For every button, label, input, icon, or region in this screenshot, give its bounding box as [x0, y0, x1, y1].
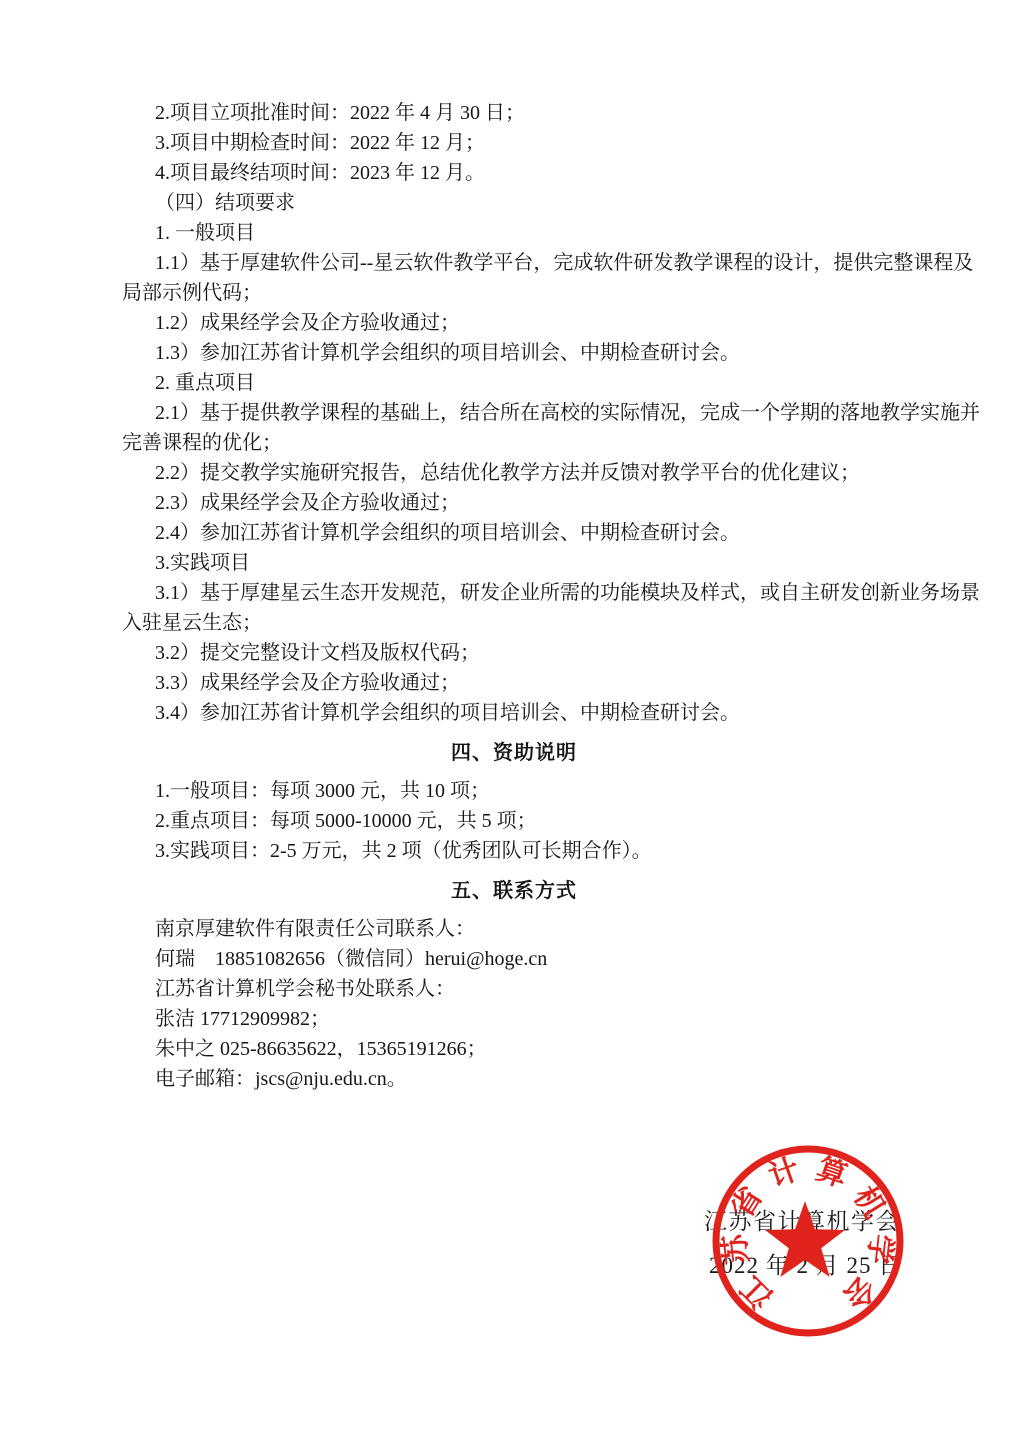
doc-line-list-title: 1. 一般项目 [122, 218, 906, 248]
section-heading-funding: 四、资助说明 [122, 738, 906, 768]
doc-line: 2.3）成果经学会及企方验收通过； [122, 488, 906, 518]
seal-ring [716, 1149, 900, 1333]
document-page: 2.项目立项批准时间：2022 年 4 月 30 日； 3.项目中期检查时间：2… [0, 0, 1024, 1447]
seal-arc-char: 算 [812, 1153, 851, 1194]
doc-line: 2.2）提交教学实施研究报告，总结优化教学方法并反馈对教学平台的优化建议； [122, 458, 906, 488]
section-heading-contact: 五、联系方式 [122, 876, 906, 906]
doc-line: 1.1）基于厚建软件公司--星云软件教学平台，完成软件研发教学课程的设计，提供完… [122, 248, 906, 278]
doc-line: 2.1）基于提供教学课程的基础上，结合所在高校的实际情况，完成一个学期的落地教学… [122, 398, 906, 428]
doc-line: 3.3）成果经学会及企方验收通过； [122, 668, 906, 698]
doc-line: 2.4）参加江苏省计算机学会组织的项目培训会、中期检查研讨会。 [122, 518, 906, 548]
signature-org-name: 江苏省计算机学会 [704, 1209, 900, 1235]
signature-date: 2022 年 2 月 25 日 [709, 1253, 902, 1279]
seal-arc-char: 计 [765, 1153, 804, 1194]
doc-line: 何瑞 18851082656（微信同）herui@hoge.cn [122, 944, 906, 974]
doc-line-list-title: 3.实践项目 [122, 548, 906, 578]
doc-line: 3.实践项目：2-5 万元，共 2 项（优秀团队可长期合作）。 [122, 836, 906, 866]
doc-line: 3.1）基于厚建星云生态开发规范，研发企业所需的功能模块及样式，或自主研发创新业… [122, 578, 906, 608]
doc-line: 3.项目中期检查时间：2022 年 12 月； [122, 128, 906, 158]
doc-line: 2.项目立项批准时间：2022 年 4 月 30 日； [122, 98, 906, 128]
doc-line: 1.3）参加江苏省计算机学会组织的项目培训会、中期检查研讨会。 [122, 338, 906, 368]
doc-line: 江苏省计算机学会秘书处联系人： [122, 974, 906, 1004]
doc-line: 张洁 17712909982； [122, 1004, 906, 1034]
doc-line: 3.2）提交完整设计文档及版权代码； [122, 638, 906, 668]
doc-line-list-title: 2. 重点项目 [122, 368, 906, 398]
doc-line: 南京厚建软件有限责任公司联系人： [122, 914, 906, 944]
doc-line-subsection-title: （四）结项要求 [122, 188, 906, 218]
doc-line: 电子邮箱：jscs@nju.edu.cn。 [122, 1064, 906, 1094]
doc-line: 朱中之 025-86635622，15365191266； [122, 1034, 906, 1064]
doc-line-continuation: 完善课程的优化； [122, 428, 906, 458]
doc-line-continuation: 入驻星云生态； [122, 608, 906, 638]
doc-line: 3.4）参加江苏省计算机学会组织的项目培训会、中期检查研讨会。 [122, 698, 906, 728]
doc-line-continuation: 局部示例代码； [122, 278, 906, 308]
doc-line: 1.一般项目：每项 3000 元，共 10 项； [122, 776, 906, 806]
doc-line: 2.重点项目：每项 5000-10000 元，共 5 项； [122, 806, 906, 836]
document-body: 2.项目立项批准时间：2022 年 4 月 30 日； 3.项目中期检查时间：2… [122, 98, 906, 1094]
doc-line: 1.2）成果经学会及企方验收通过； [122, 308, 906, 338]
official-seal-stamp: 江 苏 省 计 算 机 学 会 [700, 1133, 916, 1349]
doc-line: 4.项目最终结项时间：2023 年 12 月。 [122, 158, 906, 188]
